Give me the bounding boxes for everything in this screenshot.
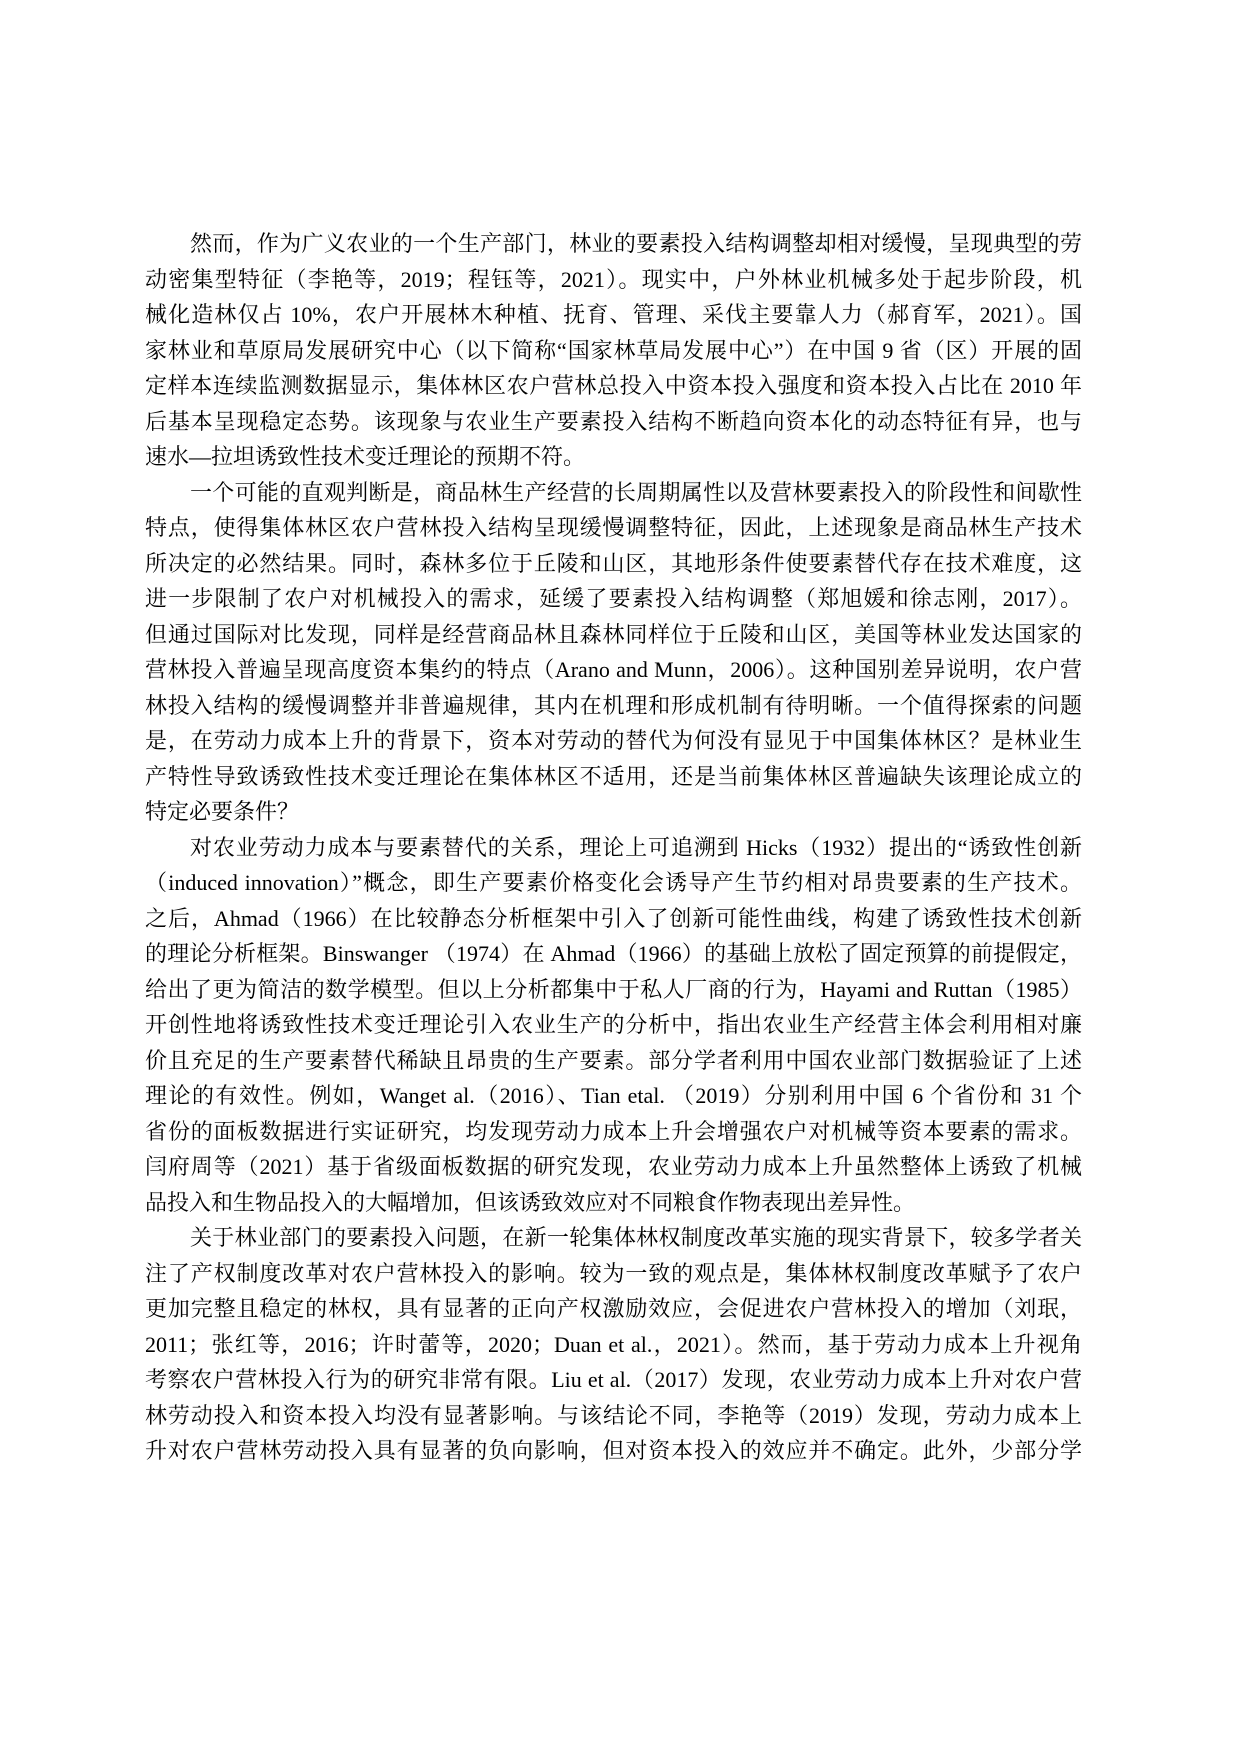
text-line: 2011；张红等，2016；许时蕾等，2020；Duan et al.，2021…: [145, 1327, 1082, 1363]
text-line: 产特性导致诱致性技术变迁理论在集体林区不适用，还是当前集体林区普遍缺失该理论成立…: [145, 759, 1082, 795]
text-line: 林投入结构的缓慢调整并非普遍规律，其内在机理和形成机制有待明晰。一个值得探索的问…: [145, 688, 1082, 724]
text-line: 林劳动投入和资本投入均没有显著影响。与该结论不同，李艳等（2019）发现，劳动力…: [145, 1398, 1082, 1434]
text-line: 更加完整且稳定的林权，具有显著的正向产权激励效应，会促进农户营林投入的增加（刘珉…: [145, 1291, 1082, 1327]
text-line: 升对农户营林劳动投入具有显著的负向影响，但对资本投入的效应并不确定。此外，少部分…: [145, 1433, 1082, 1469]
text-line: 速水—拉坦诱致性技术变迁理论的预期不符。: [145, 439, 1082, 475]
text-line: 所决定的必然结果。同时，森林多位于丘陵和山区，其地形条件使要素替代存在技术难度，…: [145, 546, 1082, 582]
text-line: 是，在劳动力成本上升的背景下，资本对劳动的替代为何没有显见于中国集体林区？是林业…: [145, 723, 1082, 759]
text-line: 后基本呈现稳定态势。该现象与农业生产要素投入结构不断趋向资本化的动态特征有异，也…: [145, 404, 1082, 440]
text-line: 营林投入普遍呈现高度资本集约的特点（Arano and Munn，2006）。这…: [145, 652, 1082, 688]
text-line: 家林业和草原局发展研究中心（以下简称“国家林草局发展中心”）在中国 9 省（区）…: [145, 333, 1082, 369]
text-line: 考察农户营林投入行为的研究非常有限。Liu et al.（2017）发现，农业劳…: [145, 1362, 1082, 1398]
text-line: 理论的有效性。例如，Wanget al.（2016）、Tian etal. （2…: [145, 1078, 1082, 1114]
text-line: 品投入和生物品投入的大幅增加，但该诱致效应对不同粮食作物表现出差异性。: [145, 1185, 1082, 1221]
text-line: 的理论分析框架。Binswanger （1974）在 Ahmad（1966）的基…: [145, 936, 1082, 972]
paragraph: 然而，作为广义农业的一个生产部门，林业的要素投入结构调整却相对缓慢，呈现典型的劳…: [145, 226, 1082, 475]
text-line: 然而，作为广义农业的一个生产部门，林业的要素投入结构调整却相对缓慢，呈现典型的劳: [145, 226, 1082, 262]
text-line: 对农业劳动力成本与要素替代的关系，理论上可追溯到 Hicks（1932）提出的“…: [145, 830, 1082, 866]
text-line: 闫府周等（2021）基于省级面板数据的研究发现，农业劳动力成本上升虽然整体上诱致…: [145, 1149, 1082, 1185]
document-page: 然而，作为广义农业的一个生产部门，林业的要素投入结构调整却相对缓慢，呈现典型的劳…: [0, 0, 1240, 1754]
text-line: 给出了更为简洁的数学模型。但以上分析都集中于私人厂商的行为，Hayami and…: [145, 972, 1082, 1008]
paragraph: 关于林业部门的要素投入问题，在新一轮集体林权制度改革实施的现实背景下，较多学者关…: [145, 1220, 1082, 1469]
text-line: 但通过国际对比发现，同样是经营商品林且森林同样位于丘陵和山区，美国等林业发达国家…: [145, 617, 1082, 653]
text-line: 价且充足的生产要素替代稀缺且昂贵的生产要素。部分学者利用中国农业部门数据验证了上…: [145, 1043, 1082, 1079]
text-line: 之后，Ahmad（1966）在比较静态分析框架中引入了创新可能性曲线，构建了诱致…: [145, 901, 1082, 937]
text-line: 特点，使得集体林区农户营林投入结构呈现缓慢调整特征，因此，上述现象是商品林生产技…: [145, 510, 1082, 546]
text-line: 开创性地将诱致性技术变迁理论引入农业生产的分析中，指出农业生产经营主体会利用相对…: [145, 1007, 1082, 1043]
text-line: （induced innovation）”概念，即生产要素价格变化会诱导产生节约…: [145, 865, 1082, 901]
text-line: 进一步限制了农户对机械投入的需求，延缓了要素投入结构调整（郑旭媛和徐志刚，201…: [145, 581, 1082, 617]
paragraph: 对农业劳动力成本与要素替代的关系，理论上可追溯到 Hicks（1932）提出的“…: [145, 830, 1082, 1221]
text-line: 特定必要条件？: [145, 794, 1082, 830]
text-line: 一个可能的直观判断是，商品林生产经营的长周期属性以及营林要素投入的阶段性和间歇性: [145, 475, 1082, 511]
text-line: 械化造林仅占 10%，农户开展林木种植、抚育、管理、采伐主要靠人力（郝育军，20…: [145, 297, 1082, 333]
paragraph: 一个可能的直观判断是，商品林生产经营的长周期属性以及营林要素投入的阶段性和间歇性…: [145, 475, 1082, 830]
text-line: 关于林业部门的要素投入问题，在新一轮集体林权制度改革实施的现实背景下，较多学者关: [145, 1220, 1082, 1256]
text-line: 动密集型特征（李艳等，2019；程钰等，2021）。现实中，户外林业机械多处于起…: [145, 262, 1082, 298]
text-line: 注了产权制度改革对农户营林投入的影响。较为一致的观点是，集体林权制度改革赋予了农…: [145, 1256, 1082, 1292]
text-block: 然而，作为广义农业的一个生产部门，林业的要素投入结构调整却相对缓慢，呈现典型的劳…: [145, 226, 1082, 1469]
text-line: 省份的面板数据进行实证研究，均发现劳动力成本上升会增强农户对机械等资本要素的需求…: [145, 1114, 1082, 1150]
text-line: 定样本连续监测数据显示，集体林区农户营林总投入中资本投入强度和资本投入占比在 2…: [145, 368, 1082, 404]
